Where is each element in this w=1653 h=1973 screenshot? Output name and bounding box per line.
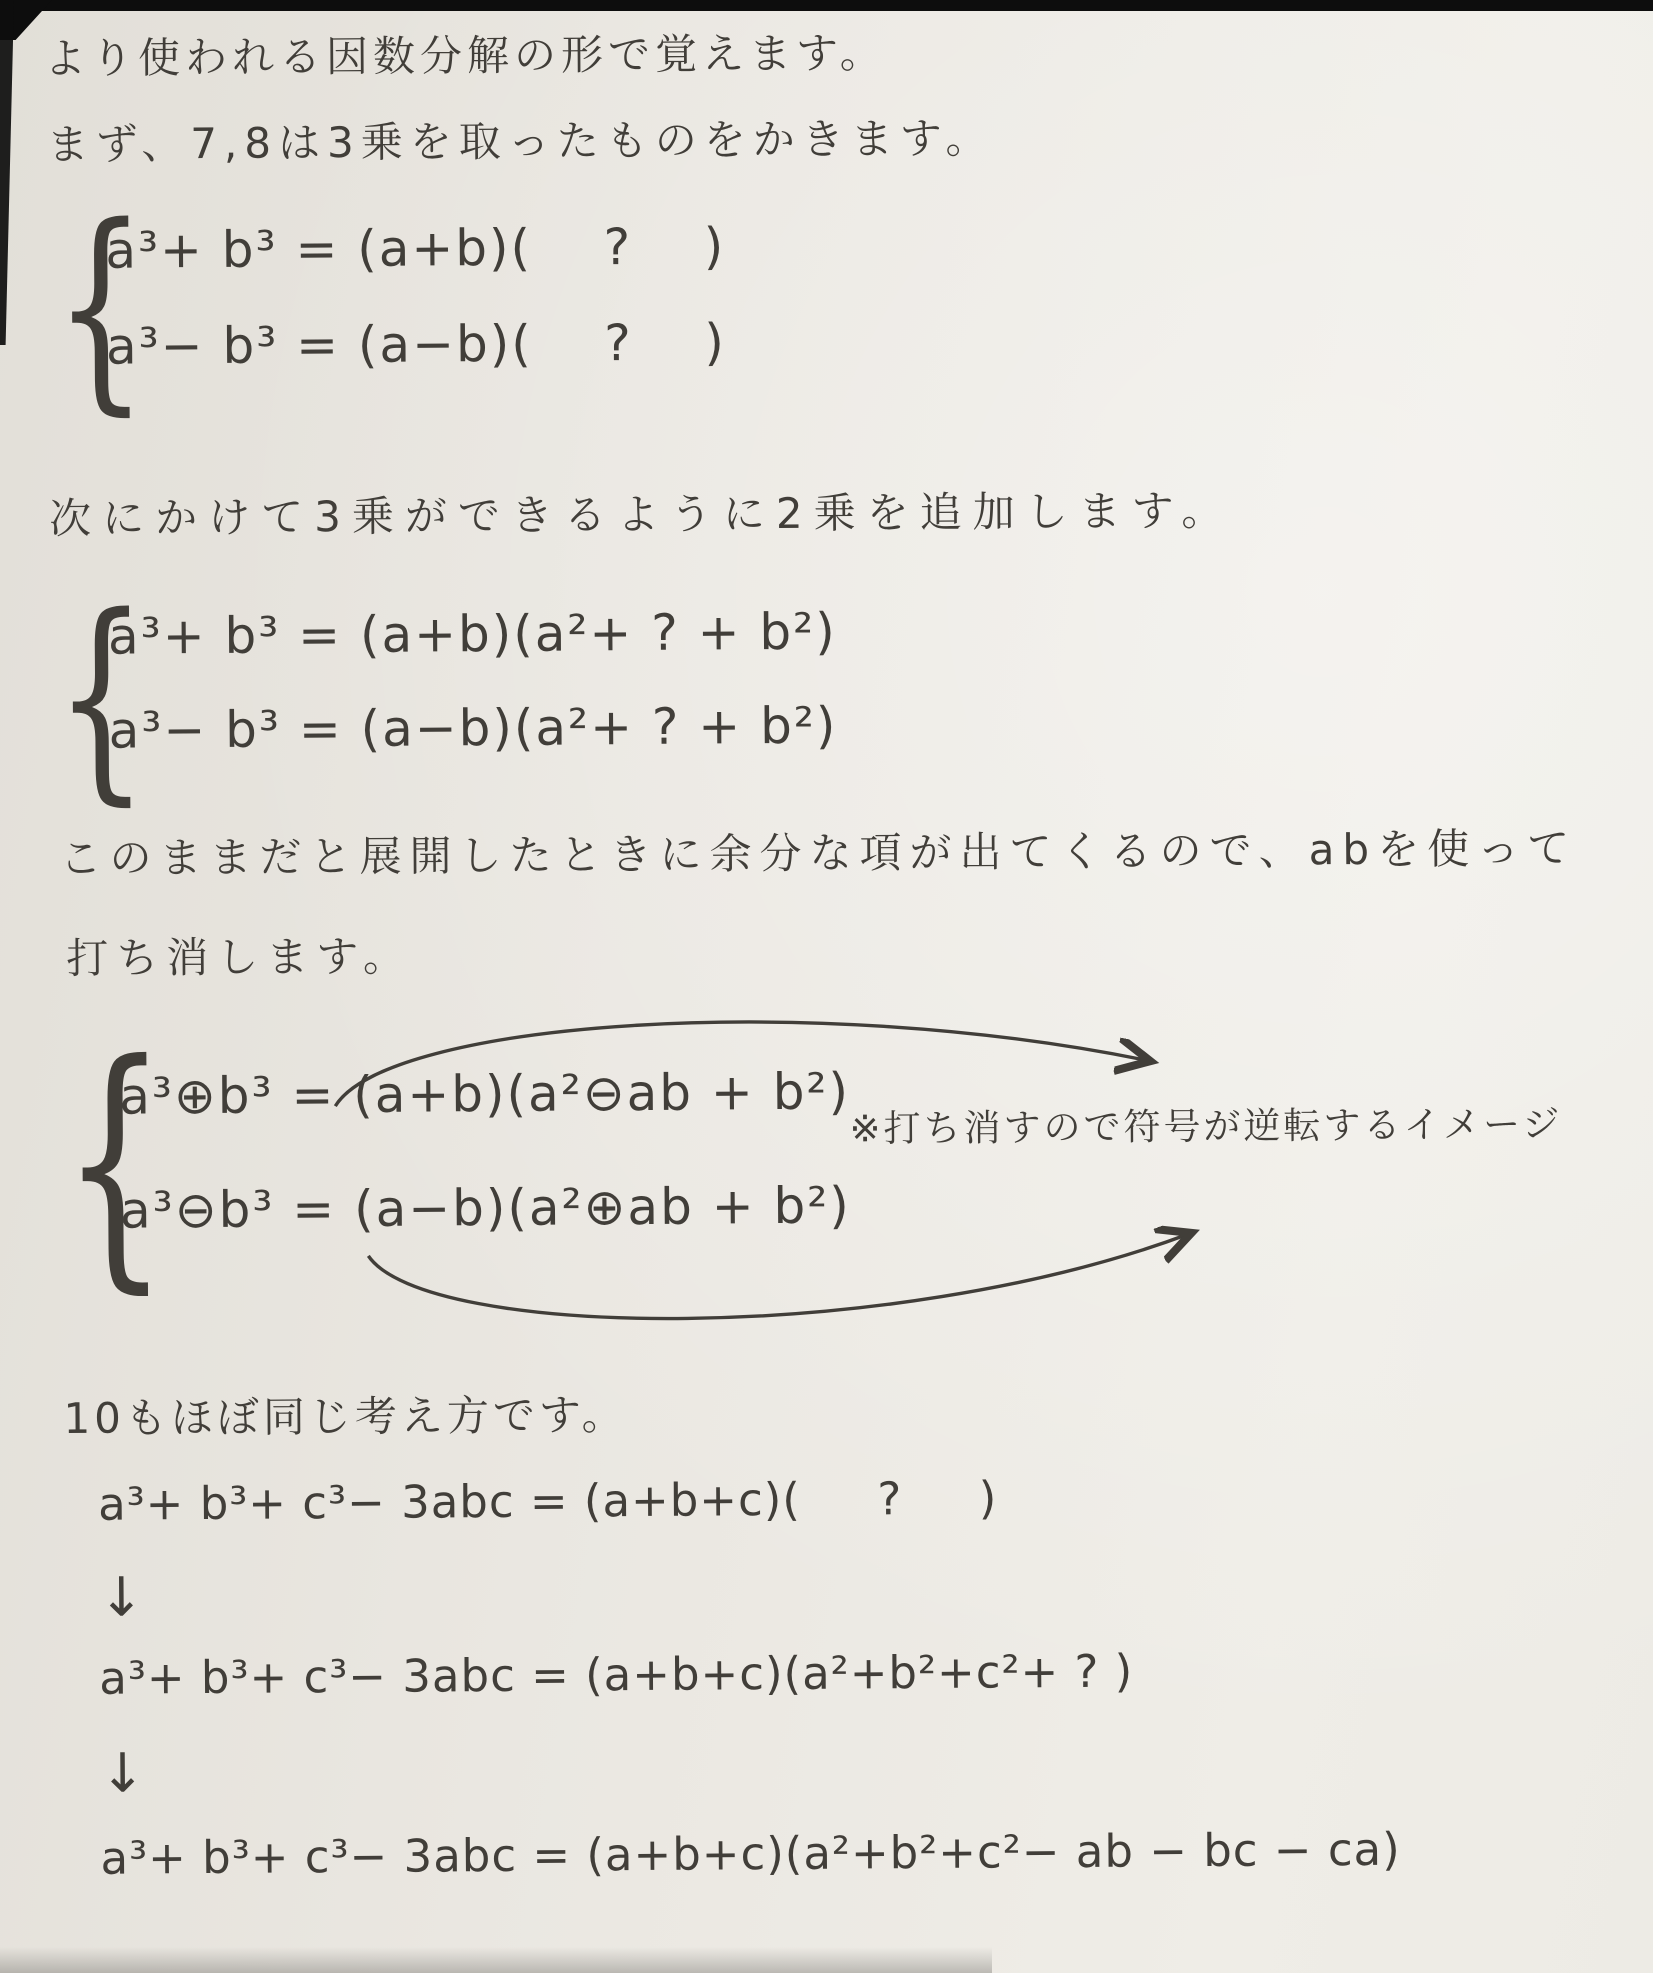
system1-equation-1: a³+ b³ = (a+b)( ? ) [105,217,725,279]
intro-line-2: まず、7,8は3乗を取ったものをかきます。 [46,105,994,172]
final-intro: 10もほぼ同じ考え方です。 [63,1382,627,1446]
note-content: より使われる因数分解の形で覚えます。 まず、7,8は3乗を取ったものをかきます。… [0,0,1653,1973]
step2-intro: 次にかけて3乗ができるように2乗を追加します。 [49,478,1234,546]
swap-arrow-top [335,1019,1148,1106]
handwritten-note-photo: より使われる因数分解の形で覚えます。 まず、7,8は3乗を取ったものをかきます。… [0,0,1653,1973]
step3-intro-line-1: このままだと展開したときに余分な項が出てくるので、abを使って [59,815,1577,886]
final-equation-3: a³+ b³+ c³− 3abc = (a+b+c)(a²+b²+c²− ab … [100,1823,1401,1885]
intro-line-1: より使われる因数分解の形で覚えます。 [44,20,887,86]
swap-arrow-bottom [368,1234,1189,1320]
system1-equation-2: a³− b³ = (a−b)( ? ) [106,313,726,375]
sign-swap-arrows [66,981,1368,1350]
system2-equation-1: a³+ b³ = (a+b)(a²+ ? + b²) [108,603,837,666]
final-equation-2: a³+ b³+ c³− 3abc = (a+b+c)(a²+b²+c²+ ? ) [99,1645,1133,1705]
step3-intro-line-2: 打ち消します。 [66,924,413,986]
system2-equation-2: a³− b³ = (a−b)(a²+ ? + b²) [108,697,837,760]
final-equation-1: a³+ b³+ c³− 3abc = (a+b+c)( ? ) [98,1471,998,1530]
down-arrow-1: ↓ [99,1565,145,1628]
down-arrow-2: ↓ [100,1741,146,1804]
